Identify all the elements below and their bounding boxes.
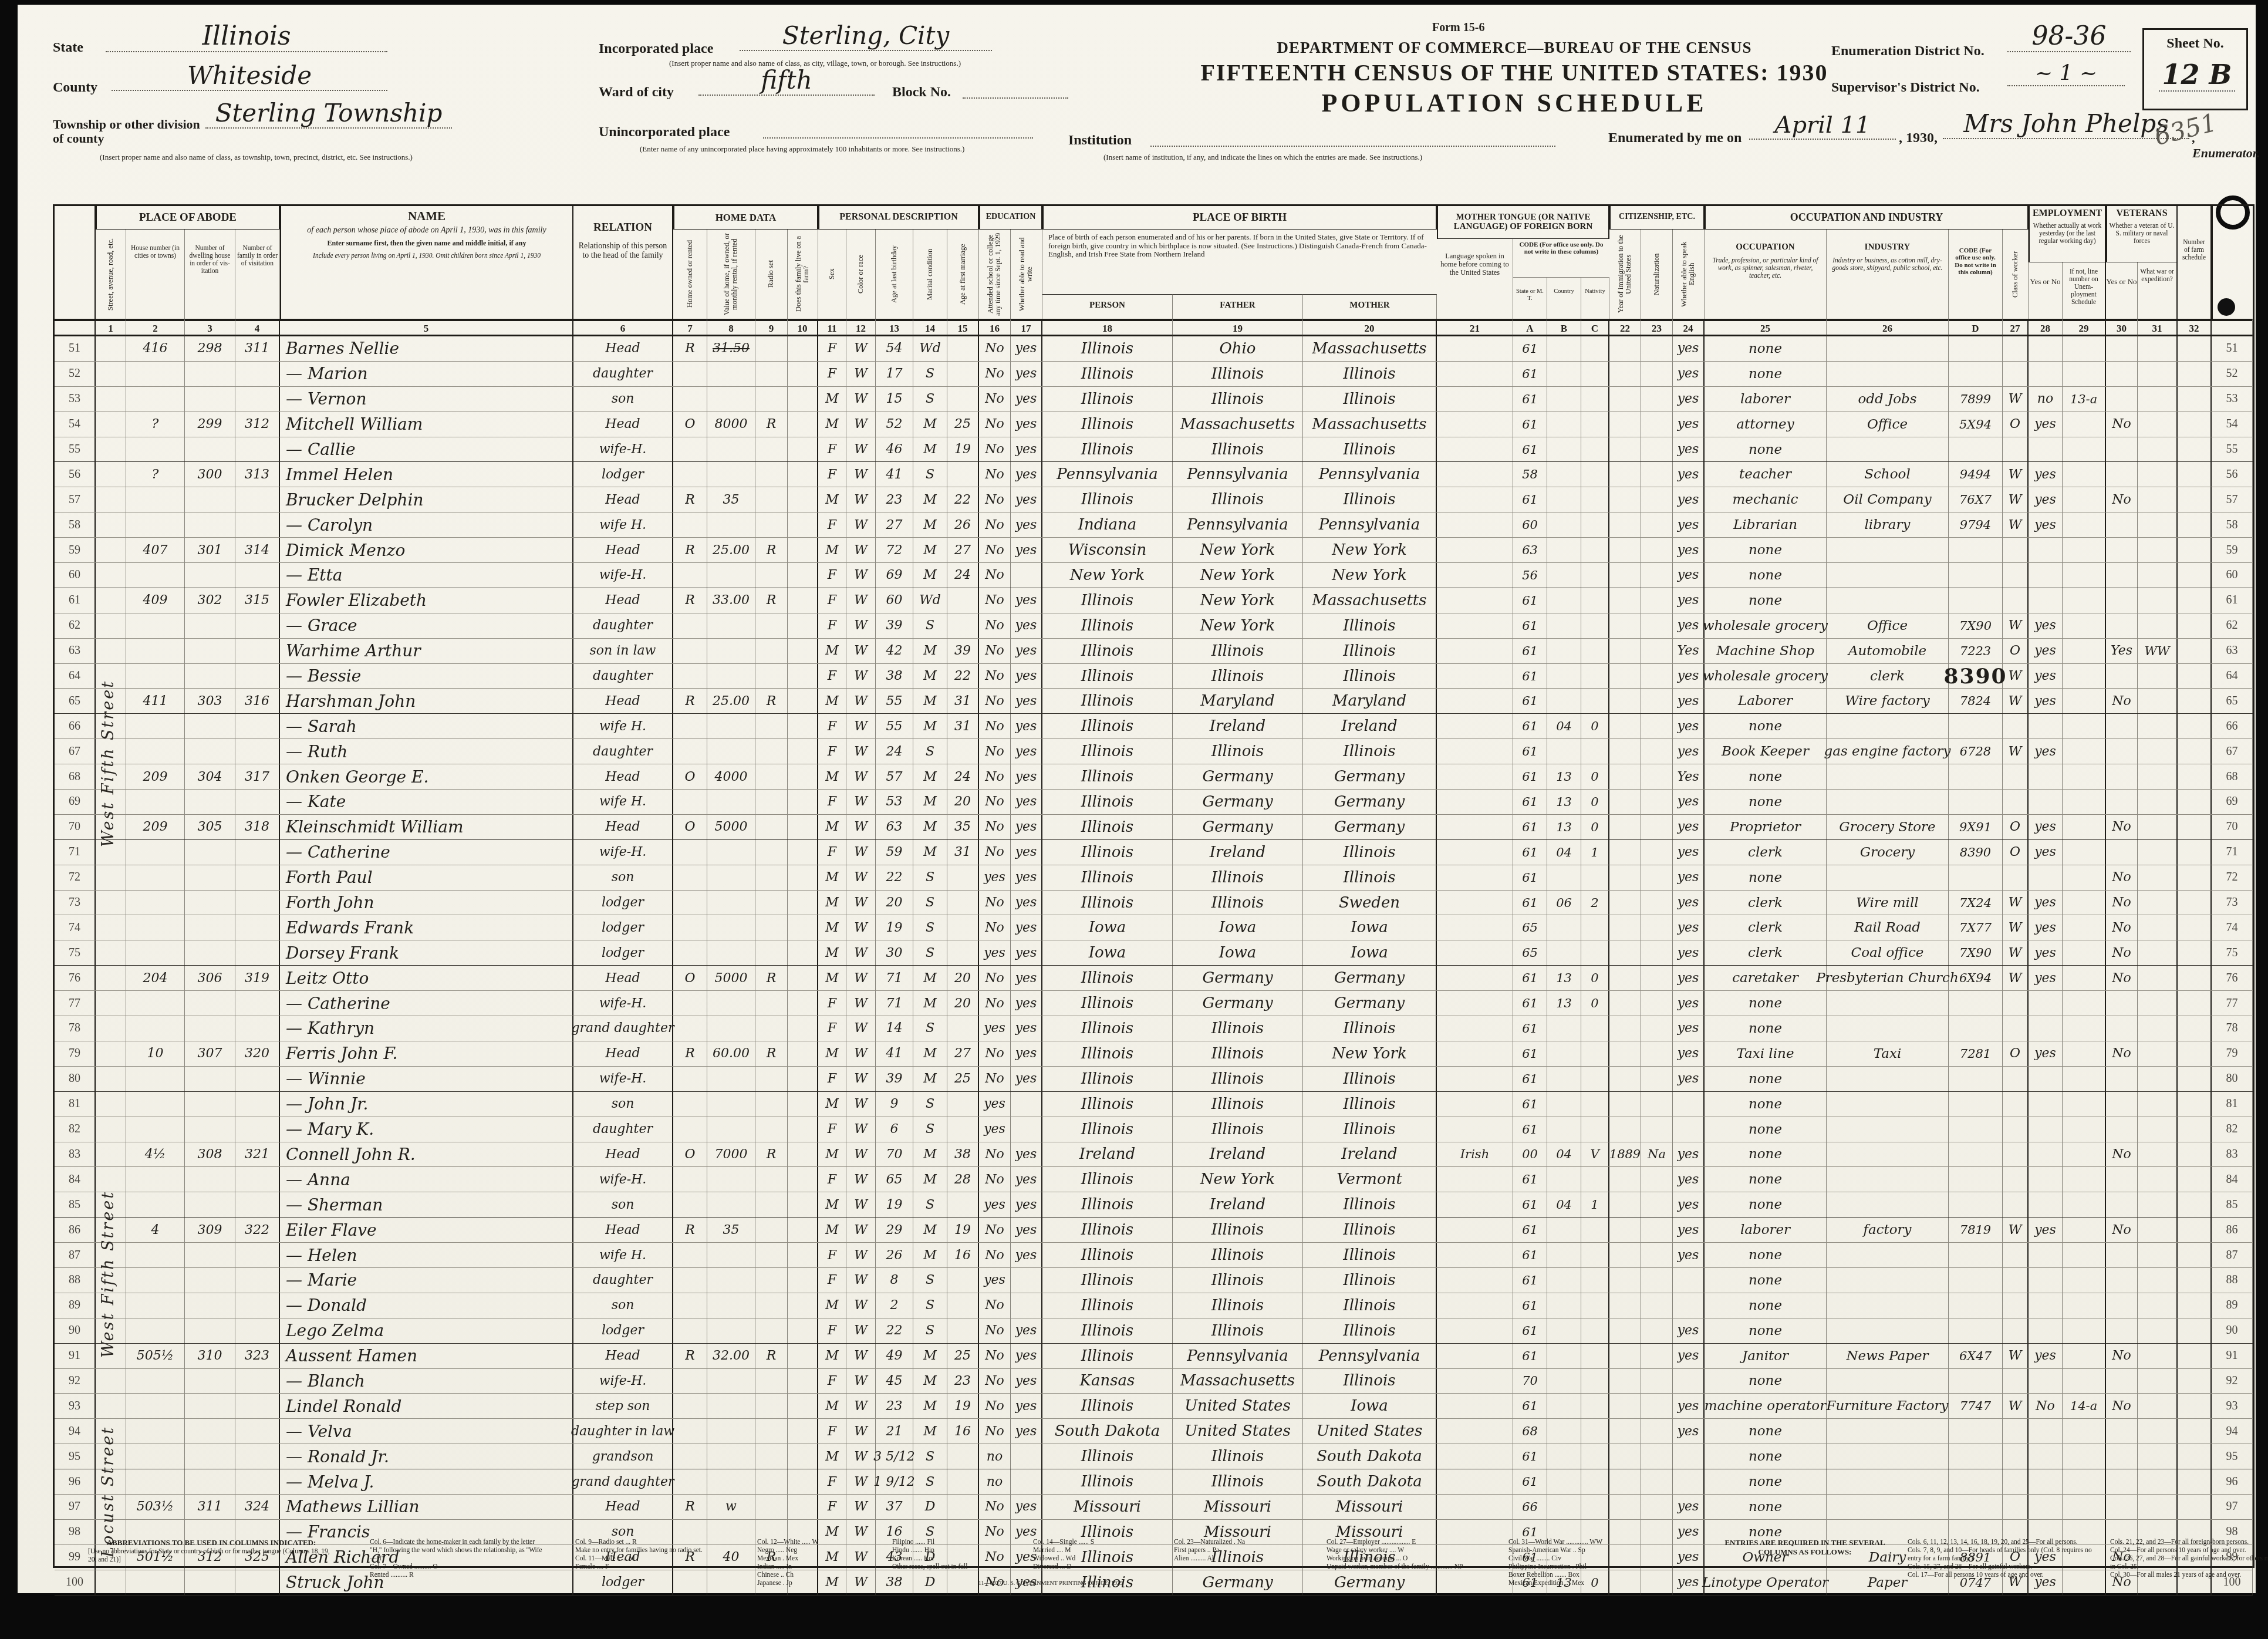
cell-cD [1949, 1167, 2003, 1192]
cell-v31 [2138, 739, 2178, 764]
cell-pb: Kansas [1042, 1369, 1173, 1394]
cell-fam [235, 1469, 280, 1494]
column-number: 5 [280, 319, 573, 336]
cell-cA: 66 [1513, 1495, 1547, 1519]
cell-ind [1827, 991, 1949, 1016]
enumerated-label: Enumerated by me on [1608, 130, 1742, 146]
cell-name: Brucker Delphin [280, 487, 573, 512]
street-cell [96, 1293, 126, 1318]
cell-dwell [185, 362, 235, 386]
cell-cD: 7X90 [1949, 940, 2003, 965]
cell-occ: clerk [1705, 915, 1827, 940]
cell-cB [1547, 588, 1581, 613]
cell-dwell [185, 1444, 235, 1469]
cell-rw: yes [1011, 512, 1042, 537]
cell-mb: Iowa [1303, 915, 1437, 940]
state-value: Illinois [106, 21, 387, 52]
cell-sch: No [979, 840, 1011, 865]
cell-house [126, 790, 185, 814]
cell-rw: yes [1011, 865, 1042, 890]
cell-cB: 13 [1547, 966, 1581, 990]
cell-name: Barnes Nellie [280, 336, 573, 361]
cell-cls [2003, 1293, 2029, 1318]
cell-occ: none [1705, 1369, 1827, 1394]
cell-mb: Illinois [1303, 865, 1437, 890]
cell-en: yes [1673, 387, 1705, 412]
cell-cls [2003, 1192, 2029, 1217]
table-row: 93Lindel Ronaldstep sonMW23M19NoyesIllin… [55, 1394, 2253, 1419]
cell-fam: 313 [235, 462, 280, 487]
cell-en: yes [1673, 689, 1705, 713]
street-cell [96, 1167, 126, 1192]
cell-house: 4½ [126, 1142, 185, 1167]
cell-sch: No [979, 437, 1011, 462]
column-number: 11 [818, 319, 846, 336]
street-cell [96, 613, 126, 638]
table-row: 75Dorsey FranklodgerMW30SyesyesIowaIowaI… [55, 940, 2253, 966]
cell-val [707, 462, 755, 487]
cell-age: 42 [876, 639, 913, 663]
cell-lg [1437, 613, 1513, 638]
cell-age: 49 [876, 1344, 913, 1368]
cell-pb: Illinois [1042, 815, 1173, 839]
cell-house: 209 [126, 764, 185, 789]
cell-dwell: 305 [185, 815, 235, 839]
table-row: 76204306319Leitz OttoHeadO5000RMW71M20No… [55, 966, 2253, 991]
county-value: Whiteside [112, 61, 387, 91]
cell-dwell [185, 991, 235, 1016]
cell-lg [1437, 437, 1513, 462]
cell-occ: none [1705, 362, 1827, 386]
cell-dwell [185, 1192, 235, 1217]
ward-value: fifth [698, 66, 875, 96]
cell-dwell [185, 790, 235, 814]
cell-yr [1609, 1067, 1641, 1091]
cell-cD [1949, 790, 2003, 814]
cell-en: yes [1673, 1419, 1705, 1444]
cell-own [673, 1419, 707, 1444]
cell-val [707, 512, 755, 537]
cell-ind: library [1827, 512, 1949, 537]
cell-age: 19 [876, 1192, 913, 1217]
cell-rad [755, 991, 788, 1016]
cell-farm [788, 1444, 818, 1469]
cell-cls: O [2003, 639, 2029, 663]
cell-cA: 61 [1513, 336, 1547, 361]
cell-e28 [2029, 1243, 2063, 1267]
cell-col: W [846, 739, 876, 764]
cell-sch: No [979, 815, 1011, 839]
cell-col: W [846, 991, 876, 1016]
cell-farm [788, 512, 818, 537]
cell-rel: lodger [573, 915, 673, 940]
cell-cB: 04 [1547, 1142, 1581, 1167]
group-band: VETERANS [2106, 206, 2178, 221]
column-header-sex: Sex [818, 230, 846, 319]
cell-mar: M [913, 563, 947, 588]
cell-rad [755, 613, 788, 638]
cell-v31 [2138, 1394, 2178, 1418]
cell-cB [1547, 1117, 1581, 1142]
cell-ind: News Paper [1827, 1344, 1949, 1368]
line-number: 80 [2212, 1067, 2253, 1091]
cell-lg [1437, 1243, 1513, 1267]
cell-mb: South Dakota [1303, 1469, 1437, 1494]
cell-fam [235, 613, 280, 638]
cell-v30 [2106, 1318, 2138, 1343]
cell-pb: Indiana [1042, 512, 1173, 537]
state-label: State [53, 40, 83, 56]
cell-v30 [2106, 437, 2138, 462]
table-row: 69— Katewife H.FW53M20NoyesIllinoisGerma… [55, 790, 2253, 815]
cell-fam [235, 991, 280, 1016]
cell-fb: Germany [1173, 966, 1303, 990]
cell-mar: M [913, 512, 947, 537]
cell-sex: F [818, 1318, 846, 1343]
column-header-col: Color or race [846, 230, 876, 319]
footer-abbrev-block: Col. 31—World War ............. WWSpanis… [1508, 1538, 1690, 1587]
cell-rw [1011, 1092, 1042, 1117]
cell-lg [1437, 764, 1513, 789]
cell-sex: M [818, 764, 846, 789]
cell-own: O [673, 966, 707, 990]
cell-sch: No [979, 714, 1011, 738]
line-number: 77 [55, 991, 96, 1016]
cell-cB: 06 [1547, 891, 1581, 915]
cell-sex: M [818, 387, 846, 412]
cell-val [707, 714, 755, 738]
cell-afm: 31 [947, 714, 979, 738]
cell-occ: wholesale grocery [1705, 664, 1827, 689]
cell-age: 39 [876, 1067, 913, 1091]
cell-col: W [846, 1192, 876, 1217]
cell-fam [235, 940, 280, 965]
cell-house: 209 [126, 815, 185, 839]
table-row: 57Brucker DelphinHeadR35MW23M22NoyesIlli… [55, 487, 2253, 512]
cell-farm [788, 412, 818, 437]
cell-cA: 61 [1513, 588, 1547, 613]
cell-occ: none [1705, 588, 1827, 613]
cell-cB [1547, 1243, 1581, 1267]
cell-fam: 319 [235, 966, 280, 990]
cell-nt [1641, 815, 1673, 839]
cell-v31 [2138, 664, 2178, 689]
cell-age: 20 [876, 891, 913, 915]
cell-sex: F [818, 1268, 846, 1293]
footer-abbrev-block: Col. 23—Naturalized . NaFirst papers .. … [1174, 1538, 1350, 1563]
cell-col: W [846, 639, 876, 663]
cell-house [126, 487, 185, 512]
cell-v30: No [2106, 865, 2138, 890]
table-row: 62— GracedaughterFW39SNoyesIllinoisNew Y… [55, 613, 2253, 639]
cell-en: yes [1673, 613, 1705, 638]
column-number: 28 [2029, 319, 2063, 336]
cell-fam [235, 714, 280, 738]
cell-v30: No [2106, 815, 2138, 839]
cell-lg [1437, 1318, 1513, 1343]
cell-fb: Illinois [1173, 1318, 1303, 1343]
cell-cB: 13 [1547, 764, 1581, 789]
cell-fam: 315 [235, 588, 280, 613]
cell-e29 [2063, 714, 2106, 738]
cell-lg [1437, 714, 1513, 738]
cell-pb: Illinois [1042, 1469, 1173, 1494]
cell-sch: No [979, 915, 1011, 940]
cell-house [126, 664, 185, 689]
cell-v31 [2138, 1318, 2178, 1343]
cell-sch: yes [979, 1092, 1011, 1117]
cell-afm: 16 [947, 1419, 979, 1444]
cell-name: Lego Zelma [280, 1318, 573, 1343]
cell-occ: none [1705, 1243, 1827, 1267]
cell-house [126, 1067, 185, 1091]
cell-col: W [846, 1394, 876, 1418]
cell-rad: R [755, 689, 788, 713]
cell-val [707, 639, 755, 663]
cell-e28 [2029, 1469, 2063, 1494]
cell-lg [1437, 664, 1513, 689]
cell-afm: 24 [947, 764, 979, 789]
line-number: 58 [2212, 512, 2253, 537]
cell-fb: Germany [1173, 790, 1303, 814]
cell-rw: yes [1011, 815, 1042, 839]
census-sheet-paper: Form 15-6 DEPARTMENT OF COMMERCE—BUREAU … [18, 5, 2256, 1593]
cell-en: yes [1673, 790, 1705, 814]
street-cell [96, 412, 126, 437]
cell-house [126, 1117, 185, 1142]
cell-sex: F [818, 1469, 846, 1494]
street-cell [96, 362, 126, 386]
cell-sch: No [979, 1344, 1011, 1368]
line-number: 78 [55, 1016, 96, 1041]
cell-sex: F [818, 1167, 846, 1192]
cell-val [707, 387, 755, 412]
street-cell [96, 639, 126, 663]
column-header-en: Whether able to speak English [1673, 230, 1705, 319]
cell-rad [755, 1268, 788, 1293]
street-cell [96, 865, 126, 890]
cell-nt [1641, 462, 1673, 487]
line-number: 60 [55, 563, 96, 588]
cell-cA: 61 [1513, 1092, 1547, 1117]
cell-cls: W [2003, 462, 2029, 487]
cell-col: W [846, 966, 876, 990]
cell-v31 [2138, 1167, 2178, 1192]
line-number: 59 [55, 538, 96, 562]
cell-name: — Donald [280, 1293, 573, 1318]
line-number: 87 [55, 1243, 96, 1267]
cell-house [126, 1444, 185, 1469]
cell-cC: 0 [1581, 966, 1609, 990]
cell-f32 [2178, 1041, 2212, 1066]
cell-col: W [846, 891, 876, 915]
cell-dwell: 298 [185, 336, 235, 361]
cell-mar: M [913, 815, 947, 839]
cell-val [707, 1469, 755, 1494]
cell-e28 [2029, 790, 2063, 814]
cell-e29 [2063, 940, 2106, 965]
cell-dwell [185, 1067, 235, 1091]
line-number: 52 [55, 362, 96, 386]
population-schedule-table: PLACE OF ABODEHOME DATAPERSONAL DESCRIPT… [53, 204, 2254, 1568]
cell-rw [1011, 1469, 1042, 1494]
cell-v31 [2138, 966, 2178, 990]
cell-rw: yes [1011, 891, 1042, 915]
line-number: 71 [55, 840, 96, 865]
column-header-relation: RELATION Relationship of this person to … [573, 206, 673, 319]
cell-fb: Illinois [1173, 1268, 1303, 1293]
cell-fb: Illinois [1173, 891, 1303, 915]
cell-lg [1437, 1041, 1513, 1066]
cell-dwell [185, 1369, 235, 1394]
cell-rw: yes [1011, 1369, 1042, 1394]
street-cell [96, 915, 126, 940]
cell-f32 [2178, 664, 2212, 689]
cell-f32 [2178, 387, 2212, 412]
cell-fam [235, 840, 280, 865]
cell-e28 [2029, 1067, 2063, 1091]
cell-ind [1827, 538, 1949, 562]
cell-name: Aussent Hamen [280, 1344, 573, 1368]
cell-age: 29 [876, 1218, 913, 1242]
cell-afm: 25 [947, 412, 979, 437]
cell-en [1673, 1444, 1705, 1469]
cell-ind [1827, 1192, 1949, 1217]
cell-age: 14 [876, 1016, 913, 1041]
cell-farm [788, 437, 818, 462]
cell-sex: F [818, 1419, 846, 1444]
cell-rad: R [755, 538, 788, 562]
cell-cB [1547, 1218, 1581, 1242]
cell-pb: Illinois [1042, 1117, 1173, 1142]
cell-v31 [2138, 412, 2178, 437]
cell-rel: daughter in law [573, 1419, 673, 1444]
cell-cls: O [2003, 840, 2029, 865]
cell-rel: Head [573, 1495, 673, 1519]
column-header-codeD: CODE (For office use only. Do not write … [1949, 230, 2003, 319]
cell-pb: Illinois [1042, 1167, 1173, 1192]
street-cell [96, 991, 126, 1016]
cell-cC [1581, 739, 1609, 764]
cell-name: — Winnie [280, 1067, 573, 1091]
cell-ind [1827, 1444, 1949, 1469]
cell-occ: none [1705, 1067, 1827, 1091]
cell-rw: yes [1011, 538, 1042, 562]
cell-cA: 61 [1513, 613, 1547, 638]
cell-rw: yes [1011, 689, 1042, 713]
cell-age: 37 [876, 1495, 913, 1519]
cell-sex: F [818, 714, 846, 738]
cell-col: W [846, 412, 876, 437]
cell-mar: S [913, 387, 947, 412]
cell-rw [1011, 1268, 1042, 1293]
cell-en: Yes [1673, 764, 1705, 789]
cell-dwell: 302 [185, 588, 235, 613]
cell-house [126, 1192, 185, 1217]
cell-rel: wife H. [573, 714, 673, 738]
cell-en: yes [1673, 891, 1705, 915]
cell-afm: 38 [947, 1142, 979, 1167]
cell-val [707, 739, 755, 764]
cell-v30 [2106, 1092, 2138, 1117]
cell-yr [1609, 1495, 1641, 1519]
column-header-val: Value of home, if owned, or monthly rent… [707, 230, 755, 319]
cell-cD [1949, 1495, 2003, 1519]
cell-yr [1609, 437, 1641, 462]
cell-fb: Illinois [1173, 1243, 1303, 1267]
cell-afm [947, 387, 979, 412]
cell-val: w [707, 1495, 755, 1519]
cell-afm: 27 [947, 1041, 979, 1066]
cell-e28: yes [2029, 966, 2063, 990]
cell-own [673, 1167, 707, 1192]
cell-farm [788, 815, 818, 839]
cell-cC: 1 [1581, 1192, 1609, 1217]
cell-lg [1437, 1469, 1513, 1494]
cell-cA: 61 [1513, 1041, 1547, 1066]
cell-cB [1547, 1318, 1581, 1343]
cell-col: W [846, 865, 876, 890]
cell-dwell: 300 [185, 462, 235, 487]
cell-v31 [2138, 538, 2178, 562]
cell-farm [788, 1016, 818, 1041]
cell-own: R [673, 1218, 707, 1242]
cell-farm [788, 940, 818, 965]
cell-en [1673, 1268, 1705, 1293]
cell-dwell [185, 1469, 235, 1494]
cell-yr [1609, 1344, 1641, 1368]
cell-cA: 61 [1513, 1067, 1547, 1091]
column-number: 31 [2138, 319, 2178, 336]
cell-sch: No [979, 1041, 1011, 1066]
line-number: 81 [2212, 1092, 2253, 1117]
cell-mar: S [913, 1469, 947, 1494]
cell-v31 [2138, 588, 2178, 613]
cell-cC [1581, 1369, 1609, 1394]
cell-dwell [185, 714, 235, 738]
cell-cC [1581, 1394, 1609, 1418]
column-number: 19 [1173, 319, 1303, 336]
cell-afm [947, 1318, 979, 1343]
street-cell [96, 588, 126, 613]
cell-yr [1609, 1293, 1641, 1318]
cell-cC [1581, 538, 1609, 562]
cell-yr [1609, 538, 1641, 562]
column-number: 20 [1303, 319, 1437, 336]
cell-v31 [2138, 563, 2178, 588]
cell-en: yes [1673, 1394, 1705, 1418]
cell-rad [755, 664, 788, 689]
cell-cls [2003, 714, 2029, 738]
cell-val [707, 1293, 755, 1318]
cell-ind [1827, 1117, 1949, 1142]
cell-mar: M [913, 689, 947, 713]
cell-house [126, 865, 185, 890]
cell-v30: No [2106, 1394, 2138, 1418]
cell-e28 [2029, 1092, 2063, 1117]
column-number: 18 [1042, 319, 1173, 336]
cell-e29 [2063, 1318, 2106, 1343]
cell-v31 [2138, 362, 2178, 386]
cell-en: yes [1673, 1344, 1705, 1368]
footer-abbrev-block: Col. 27—Employer ................. EWage… [1327, 1538, 1508, 1571]
cell-col: W [846, 815, 876, 839]
cell-val [707, 1394, 755, 1418]
cell-f32 [2178, 462, 2212, 487]
incorporated-value: Sterling, City [740, 21, 992, 51]
cell-f32 [2178, 865, 2212, 890]
cell-fam [235, 1167, 280, 1192]
